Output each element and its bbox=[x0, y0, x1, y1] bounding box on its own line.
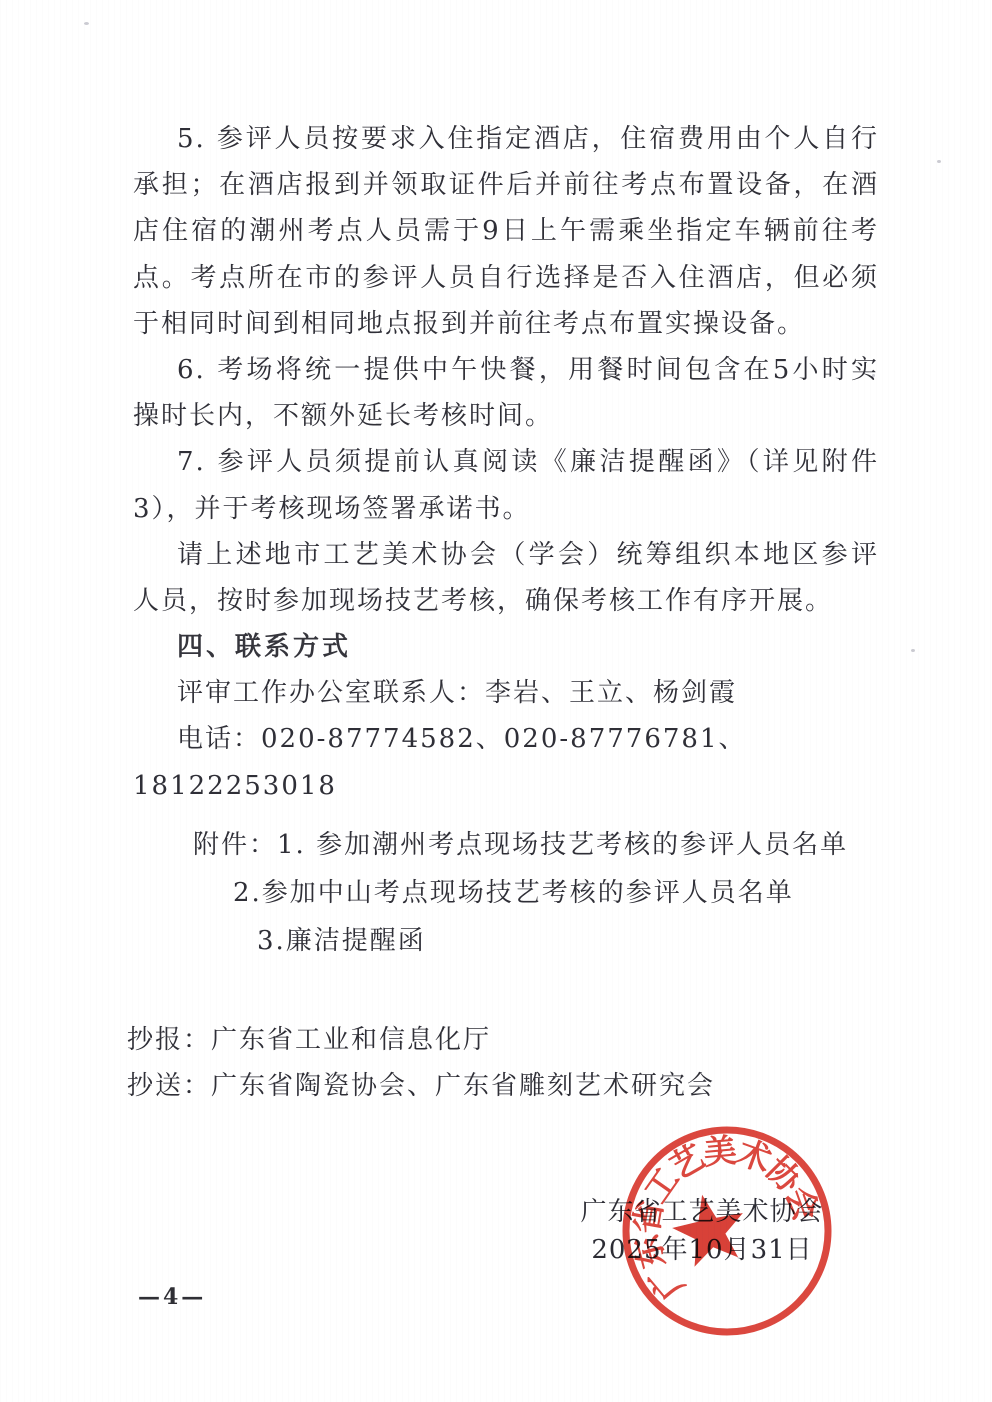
attachment-line: 3.廉洁提醒函 bbox=[257, 917, 879, 965]
body-line: 评审工作办公室联系人：李岩、王立、杨剑霞 bbox=[133, 670, 879, 716]
body-line: 承担；在酒店报到并领取证件后并前往考点布置设备，在酒 bbox=[133, 162, 879, 208]
scan-speck bbox=[937, 160, 941, 163]
cc-line: 抄报：广东省工业和信息化厅 bbox=[127, 1017, 907, 1063]
body-line: 于相同时间到相同地点报到并前往考点布置实操设备。 bbox=[133, 301, 879, 347]
cc-block: 抄报：广东省工业和信息化厅抄送：广东省陶瓷协会、广东省雕刻艺术研究会 bbox=[127, 1017, 907, 1109]
body-line: 电话：020-87774582、020-87776781、18122253018 bbox=[133, 716, 879, 762]
attachments-block: 附件：1. 参加潮州考点现场技艺考核的参评人员名单2.参加中山考点现场技艺考核的… bbox=[133, 821, 879, 965]
body-line: 5. 参评人员按要求入住指定酒店，住宿费用由个人自行 bbox=[133, 116, 879, 162]
attachment-line: 附件：1. 参加潮州考点现场技艺考核的参评人员名单 bbox=[193, 821, 879, 869]
cc-line: 抄送：广东省陶瓷协会、广东省雕刻艺术研究会 bbox=[127, 1063, 907, 1109]
body-text-block: 5. 参评人员按要求入住指定酒店，住宿费用由个人自行承担；在酒店报到并领取证件后… bbox=[133, 116, 879, 763]
scan-speck bbox=[84, 22, 89, 25]
page-number: —4— bbox=[138, 1284, 206, 1310]
body-line: 四、联系方式 bbox=[133, 624, 879, 670]
body-line: 3），并于考核现场签署承诺书。 bbox=[133, 486, 879, 532]
body-line: 操时长内，不额外延长考核时间。 bbox=[133, 393, 879, 439]
body-line: 点。考点所在市的参评人员自行选择是否入住酒店，但必须 bbox=[133, 255, 879, 301]
body-line: 店住宿的潮州考点人员需于9日上午需乘坐指定车辆前往考 bbox=[133, 208, 879, 254]
official-seal: 广东省工艺美术协会 bbox=[612, 1116, 842, 1346]
body-line: 7. 参评人员须提前认真阅读《廉洁提醒函》（详见附件 bbox=[133, 439, 879, 485]
body-line: 请上述地市工艺美术协会（学会）统筹组织本地区参评 bbox=[133, 532, 879, 578]
document-page: 5. 参评人员按要求入住指定酒店，住宿费用由个人自行承担；在酒店报到并领取证件后… bbox=[0, 0, 992, 1402]
body-line: 人员，按时参加现场技艺考核，确保考核工作有序开展。 bbox=[133, 578, 879, 624]
seal-star-icon bbox=[672, 1195, 743, 1267]
scan-speck bbox=[872, 374, 875, 377]
body-line: 6. 考场将统一提供中午快餐，用餐时间包含在5小时实 bbox=[133, 347, 879, 393]
scan-speck bbox=[911, 649, 915, 652]
attachment-line: 2.参加中山考点现场技艺考核的参评人员名单 bbox=[233, 869, 879, 917]
